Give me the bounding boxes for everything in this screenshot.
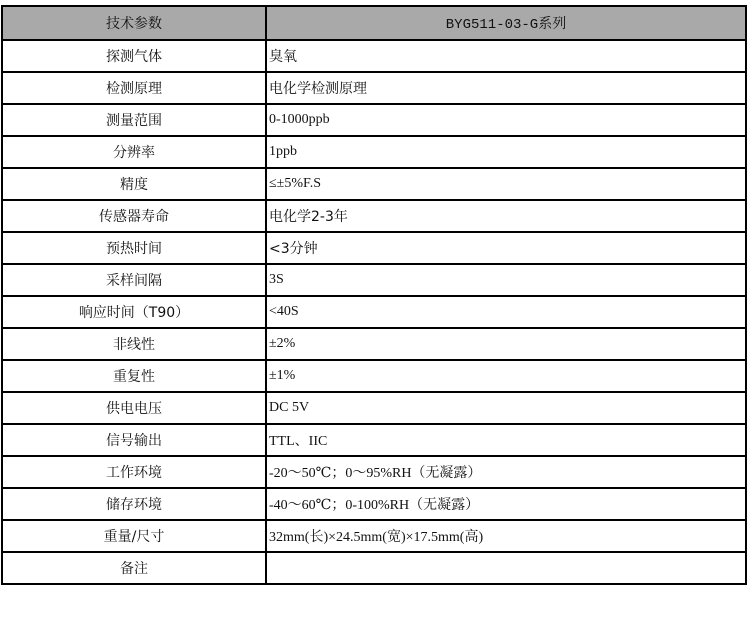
table-row: 非线性 ±2% [2, 328, 746, 360]
value-cell: ≤±5%F.S [266, 168, 746, 200]
param-cell: 供电电压 [2, 392, 266, 424]
table-row: 信号输出 TTL、IIC [2, 424, 746, 456]
param-cell: 响应时间（T90） [2, 296, 266, 328]
param-cell: 采样间隔 [2, 264, 266, 296]
table-row: 分辨率 1ppb [2, 136, 746, 168]
value-cell: <40S [266, 296, 746, 328]
table-row: 供电电压 DC 5V [2, 392, 746, 424]
param-cell: 备注 [2, 552, 266, 584]
table-header-row: 技术参数 BYG511-03-G系列 [2, 6, 746, 40]
header-model: BYG511-03-G系列 [266, 6, 746, 40]
table-row: 精度 ≤±5%F.S [2, 168, 746, 200]
param-cell: 重量/尺寸 [2, 520, 266, 552]
param-cell: 储存环境 [2, 488, 266, 520]
value-cell: TTL、IIC [266, 424, 746, 456]
param-cell: 工作环境 [2, 456, 266, 488]
header-param: 技术参数 [2, 6, 266, 40]
table-row: 备注 [2, 552, 746, 584]
table-row: 工作环境 -20～50℃；0～95%RH（无凝露） [2, 456, 746, 488]
value-cell: -20～50℃；0～95%RH（无凝露） [266, 456, 746, 488]
value-cell: 电化学检测原理 [266, 72, 746, 104]
value-cell: ±2% [266, 328, 746, 360]
table-row: 探测气体 臭氧 [2, 40, 746, 72]
param-cell: 探测气体 [2, 40, 266, 72]
table-row: 采样间隔 3S [2, 264, 746, 296]
param-cell: 非线性 [2, 328, 266, 360]
param-cell: 分辨率 [2, 136, 266, 168]
param-cell: 信号输出 [2, 424, 266, 456]
value-cell: ±1% [266, 360, 746, 392]
value-cell [266, 552, 746, 584]
table-row: 传感器寿命 电化学2-3年 [2, 200, 746, 232]
value-cell: 0-1000ppb [266, 104, 746, 136]
table-row: 储存环境 -40～60℃；0-100%RH（无凝露） [2, 488, 746, 520]
param-cell: 精度 [2, 168, 266, 200]
param-cell: 检测原理 [2, 72, 266, 104]
value-cell: 32mm(长)×24.5mm(宽)×17.5mm(高) [266, 520, 746, 552]
param-cell: 预热时间 [2, 232, 266, 264]
param-cell: 重复性 [2, 360, 266, 392]
spec-table: 技术参数 BYG511-03-G系列 探测气体 臭氧 检测原理 电化学检测原理 … [1, 5, 747, 585]
value-cell: 3S [266, 264, 746, 296]
value-cell: 臭氧 [266, 40, 746, 72]
value-cell: -40～60℃；0-100%RH（无凝露） [266, 488, 746, 520]
table-row: 测量范围 0-1000ppb [2, 104, 746, 136]
value-cell: 电化学2-3年 [266, 200, 746, 232]
table-row: 检测原理 电化学检测原理 [2, 72, 746, 104]
table-row: 预热时间 <3分钟 [2, 232, 746, 264]
table-row: 重量/尺寸 32mm(长)×24.5mm(宽)×17.5mm(高) [2, 520, 746, 552]
param-cell: 测量范围 [2, 104, 266, 136]
value-cell: <3分钟 [266, 232, 746, 264]
value-cell: DC 5V [266, 392, 746, 424]
param-cell: 传感器寿命 [2, 200, 266, 232]
table-row: 响应时间（T90） <40S [2, 296, 746, 328]
value-cell: 1ppb [266, 136, 746, 168]
table-row: 重复性 ±1% [2, 360, 746, 392]
